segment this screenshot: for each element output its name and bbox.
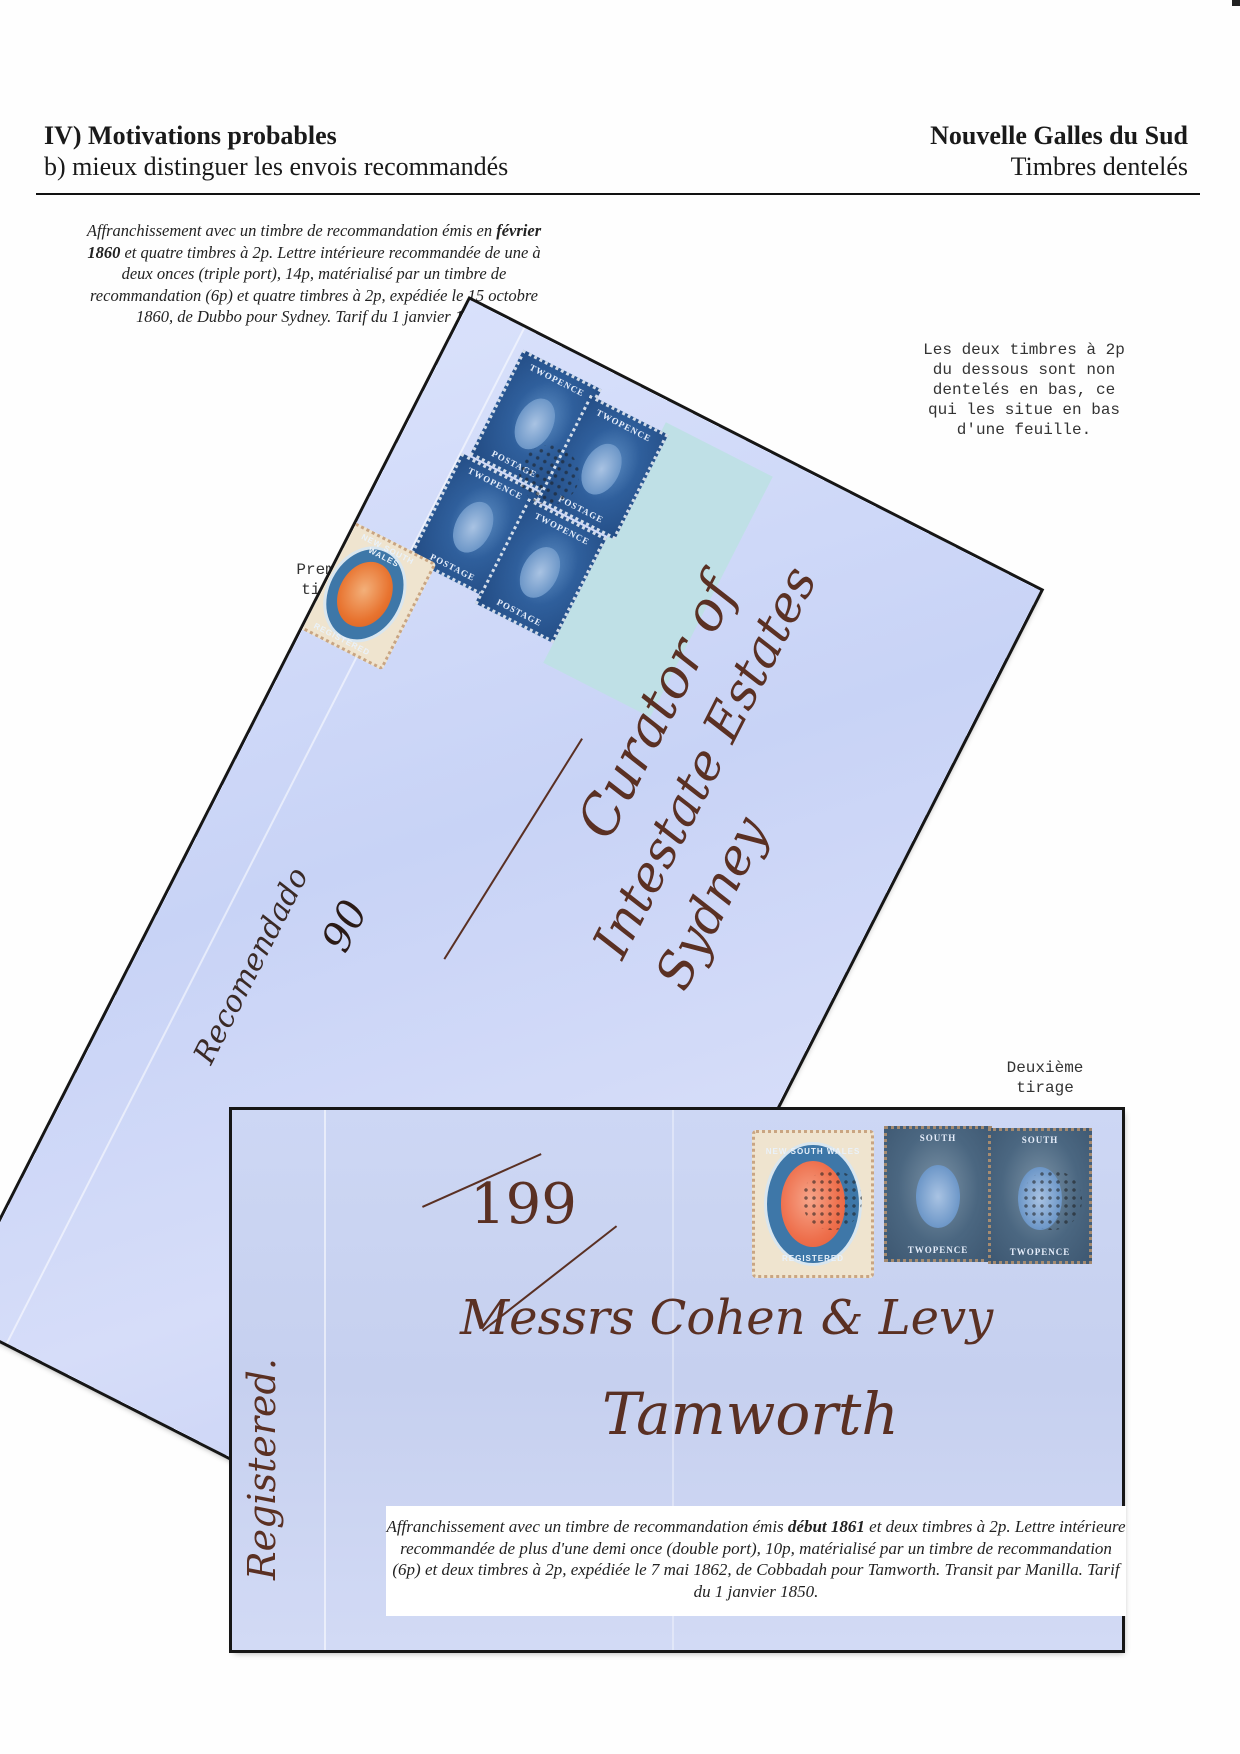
stamp-2p-blue-grey: SOUTHTWOPENCE: [884, 1126, 992, 1262]
numeral-cancel: [1022, 1170, 1082, 1230]
country-subtitle: Timbres dentelés: [930, 152, 1188, 182]
pen-stroke: [444, 738, 583, 959]
numeral-cancel: [802, 1170, 862, 1230]
section-heading: IV) Motivations probables b) mieux disti…: [44, 120, 508, 182]
addressee: Messrs Cohen & Levy: [460, 1290, 993, 1346]
docket-number: 199: [470, 1172, 577, 1237]
cover2-caption-date: début 1861: [788, 1517, 865, 1536]
perforation-note: Les deux timbres à 2p du dessous sont no…: [864, 340, 1184, 440]
cover1-caption-text: Affranchissement avec un timbre de recom…: [87, 221, 496, 240]
registered-endorsement: Registered.: [240, 1358, 284, 1580]
margin-note: Recomendado: [187, 862, 316, 1070]
scan-corner-mark: [1232, 0, 1240, 6]
deuxieme-tirage-label: Deuxième tirage: [985, 1058, 1105, 1098]
destination-town: Tamworth: [602, 1380, 899, 1448]
header-divider: [36, 193, 1200, 195]
country-heading: Nouvelle Galles du Sud Timbres dentelés: [930, 120, 1188, 182]
cover2-caption: Affranchissement avec un timbre de recom…: [386, 1506, 1126, 1616]
section-title: IV) Motivations probables: [44, 120, 508, 152]
country-title: Nouvelle Galles du Sud: [930, 120, 1188, 152]
cover2-caption-text: Affranchissement avec un timbre de recom…: [386, 1517, 787, 1536]
rate-number: 90: [313, 893, 377, 959]
section-subtitle: b) mieux distinguer les envois recommand…: [44, 152, 508, 182]
fold-line: [324, 1110, 326, 1650]
